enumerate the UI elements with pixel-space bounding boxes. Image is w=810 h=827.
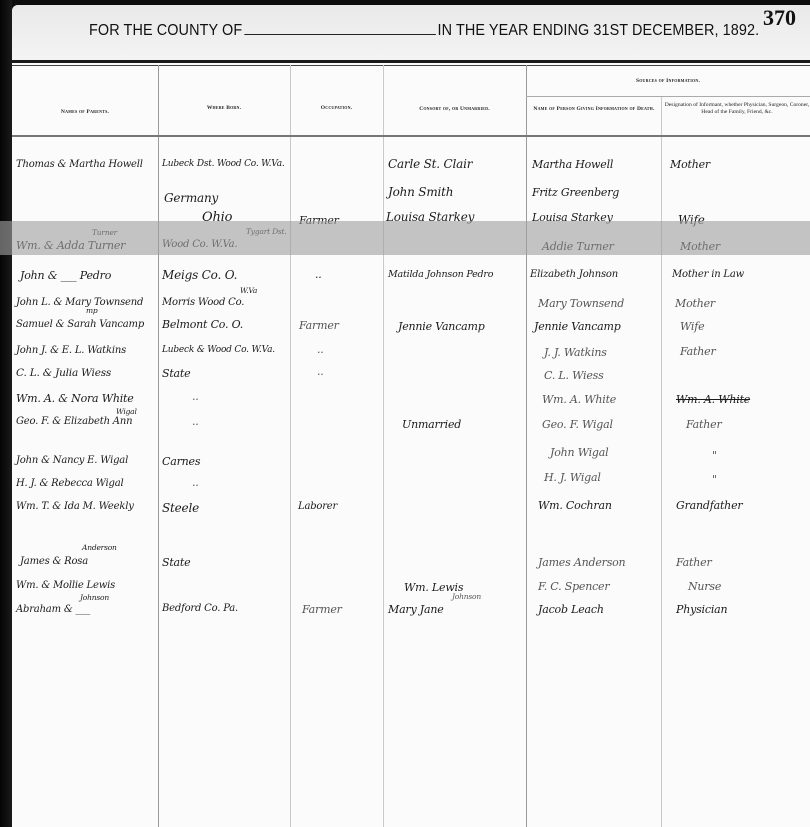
entry-parents-note: Turner [92,228,117,237]
entry-informant: Geo. F. Wigal [542,418,613,431]
entry-occupation: .. [317,365,324,378]
column-divider [526,65,527,827]
entry-informant: Mary Townsend [538,297,624,310]
entry-parents: Thomas & Martha Howell [16,159,143,170]
entry-occupation: Farmer [299,214,339,227]
header-bottom-rule [12,135,810,137]
entry-informant: Jennie Vancamp [534,320,621,333]
entry-designation: Mother [675,297,715,310]
page-title: FOR THE COUNTY OFIN THE YEAR ENDING 31ST… [89,22,759,40]
entry-where-born: State [162,367,190,380]
entry-designation: " [712,449,717,462]
entry-designation: Wife [680,320,704,333]
entry-designation: Father [676,556,712,569]
entry-consort: Jennie Vancamp [398,320,485,333]
entry-parents-note: mp [86,306,98,315]
subheader-rule [526,96,810,97]
entry-informant: Jacob Leach [538,603,604,616]
header-informant-name: Name of Person Giving Information of Dea… [532,106,656,113]
entry-designation: Father [680,345,716,358]
entry-consort: Mary Jane [388,603,444,616]
entry-parents: Wm. A. & Nora White [16,392,134,405]
entry-parents: Geo. F. & Elizabeth Ann [16,416,132,427]
entry-parents-note: Wigal [116,407,137,416]
entry-designation: Wife [678,213,705,227]
entry-designation: " [712,473,717,486]
header-rule-thick [12,60,810,63]
entry-informant: Wm. A. White [542,393,616,406]
entry-consort: Carle St. Clair [388,157,472,171]
entry-occupation: .. [315,268,322,281]
scan-edge-shadow [0,0,12,827]
entry-where-born: Belmont Co. O. [162,318,243,331]
entry-parents: Wm. T. & Ida M. Weekly [16,501,134,512]
entry-designation: Nurse [688,580,721,593]
entry-informant: J. J. Watkins [544,346,607,359]
entry-informant: Louisa Starkey [532,211,613,224]
entry-informant: James Anderson [538,556,625,569]
entry-where-born: Carnes [162,455,200,468]
title-prefix: FOR THE COUNTY OF [89,22,242,39]
title-suffix: IN THE YEAR ENDING 31ST DECEMBER, 1892. [438,22,760,39]
entry-occupation: Farmer [299,319,339,332]
entry-where-born-note: Tygart Dst. [246,227,287,236]
entry-designation: Grandfather [676,499,742,512]
entry-where-born: Lubeck & Wood Co. W.Va. [162,345,275,355]
entry-informant: H. J. Wigal [544,471,601,484]
entry-where-born: .. [192,415,199,428]
entry-parents: Wm. & Mollie Lewis [16,580,115,591]
entry-parents: John & Nancy E. Wigal [16,455,128,466]
entry-parents-note: Anderson [82,543,117,552]
entry-designation: Mother in Law [672,269,744,280]
entry-parents: Abraham & ___ [16,604,90,615]
entry-informant: Fritz Greenberg [532,186,619,199]
entry-designation: Mother [680,240,720,253]
entry-informant: F. C. Spencer [538,580,609,593]
entry-where-born: Morris Wood Co. [162,297,244,308]
entry-consort-note: Johnson [452,592,481,601]
entry-consort: Louisa Starkey [386,210,474,224]
column-divider [290,65,291,827]
entry-where-born: Wood Co. W.Va. [162,239,237,250]
entry-occupation: Farmer [302,603,342,616]
entry-designation: Wm. A. White [676,393,750,406]
page-number: 370 [763,5,796,31]
entry-informant: Addie Turner [542,240,614,253]
entry-where-born: Steele [162,501,199,515]
entry-occupation: Laborer [298,501,337,512]
entry-where-born: .. [192,390,199,403]
entry-where-born: Ohio [202,210,232,225]
header-sources-of-information: Sources of Information. [526,78,810,85]
entry-parents-note: Johnson [80,593,109,602]
entry-parents: John L. & Mary Townsend [16,297,143,308]
header-names-of-parents: Names of Parents. [12,109,158,116]
header-rule-thin [12,65,810,66]
county-blank-field [244,22,436,35]
entry-where-born: Bedford Co. Pa. [162,603,238,614]
entry-where-born: Germany [164,191,218,205]
entry-consort: John Smith [388,185,453,199]
entry-designation: Father [686,418,722,431]
entry-consort: Unmarried [402,418,461,431]
header-consort: Consort of, or Unmarried. [383,106,526,113]
entry-where-born: Meigs Co. O. [162,268,237,282]
entry-designation: Mother [670,158,710,171]
entry-where-born: Lubeck Dst. Wood Co. W.Va. [162,159,285,169]
header-informant-designation: Designation of Informant, whether Physic… [664,102,810,115]
entry-occupation: .. [317,343,324,356]
entry-parents: James & Rosa [20,556,88,567]
entry-consort: Matilda Johnson Pedro [388,269,493,280]
column-divider [661,97,662,827]
entry-informant: Elizabeth Johnson [530,269,618,280]
entry-where-born: State [162,556,190,569]
entry-parents: Wm. & Adda Turner [16,239,125,252]
entry-parents: John J. & E. L. Watkins [16,345,126,356]
entry-parents: H. J. & Rebecca Wigal [16,478,124,489]
entry-informant: Martha Howell [532,158,613,171]
register-page: FOR THE COUNTY OFIN THE YEAR ENDING 31ST… [12,5,810,827]
entry-parents: C. L. & Julia Wiess [16,367,111,379]
header-occupation: Occupation. [290,105,383,112]
entry-informant: Wm. Cochran [538,499,612,512]
entry-informant: John Wigal [550,446,608,459]
entry-designation: Physician [676,603,727,616]
column-divider [158,65,159,827]
column-divider [383,65,384,827]
entry-parents: John & ___ Pedro [20,269,111,282]
entry-parents: Samuel & Sarah Vancamp [16,319,144,330]
entry-where-born: .. [192,476,199,489]
header-where-born: Where Born. [158,105,290,112]
entry-where-born-note: W.Va [240,286,257,295]
entry-informant: C. L. Wiess [544,369,604,382]
